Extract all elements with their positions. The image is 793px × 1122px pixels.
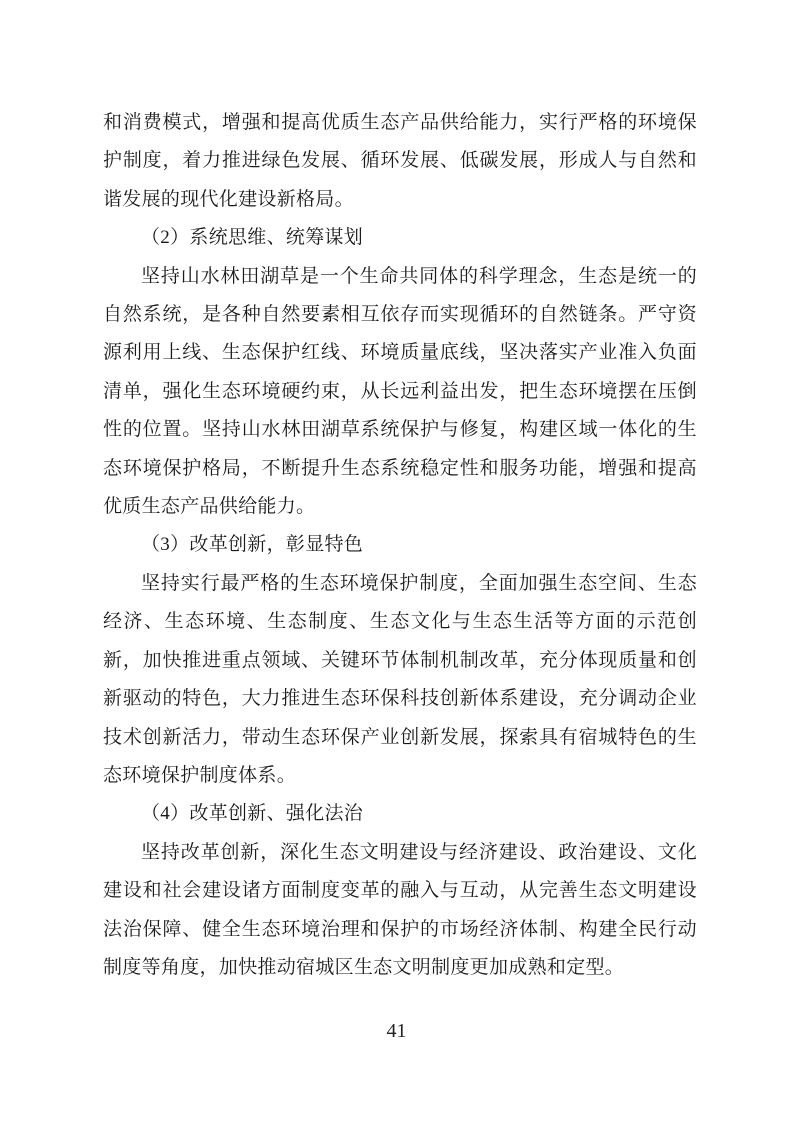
body-paragraph: 坚持山水林田湖草是一个生命共同体的科学理念，生态是统一的自然系统，是各种自然要素…	[103, 258, 697, 527]
body-paragraph: 坚持实行最严格的生态环境保护制度，全面加强生态空间、生态经济、生态环境、生态制度…	[103, 565, 697, 795]
section-heading: （4）改革创新、强化法治	[103, 795, 697, 833]
section-heading: （2）系统思维、统筹谋划	[103, 219, 697, 257]
page-number: 41	[0, 1020, 793, 1043]
section-heading: （3）改革创新，彰显特色	[103, 526, 697, 564]
document-body: 和消费模式，增强和提高优质生态产品供给能力，实行严格的环境保护制度，着力推进绿色…	[103, 104, 697, 987]
continuation-paragraph: 和消费模式，增强和提高优质生态产品供给能力，实行严格的环境保护制度，着力推进绿色…	[103, 104, 697, 219]
body-paragraph: 坚持改革创新，深化生态文明建设与经济建设、政治建设、文化建设和社会建设诸方面制度…	[103, 834, 697, 988]
document-page: 和消费模式，增强和提高优质生态产品供给能力，实行严格的环境保护制度，着力推进绿色…	[0, 0, 793, 1122]
